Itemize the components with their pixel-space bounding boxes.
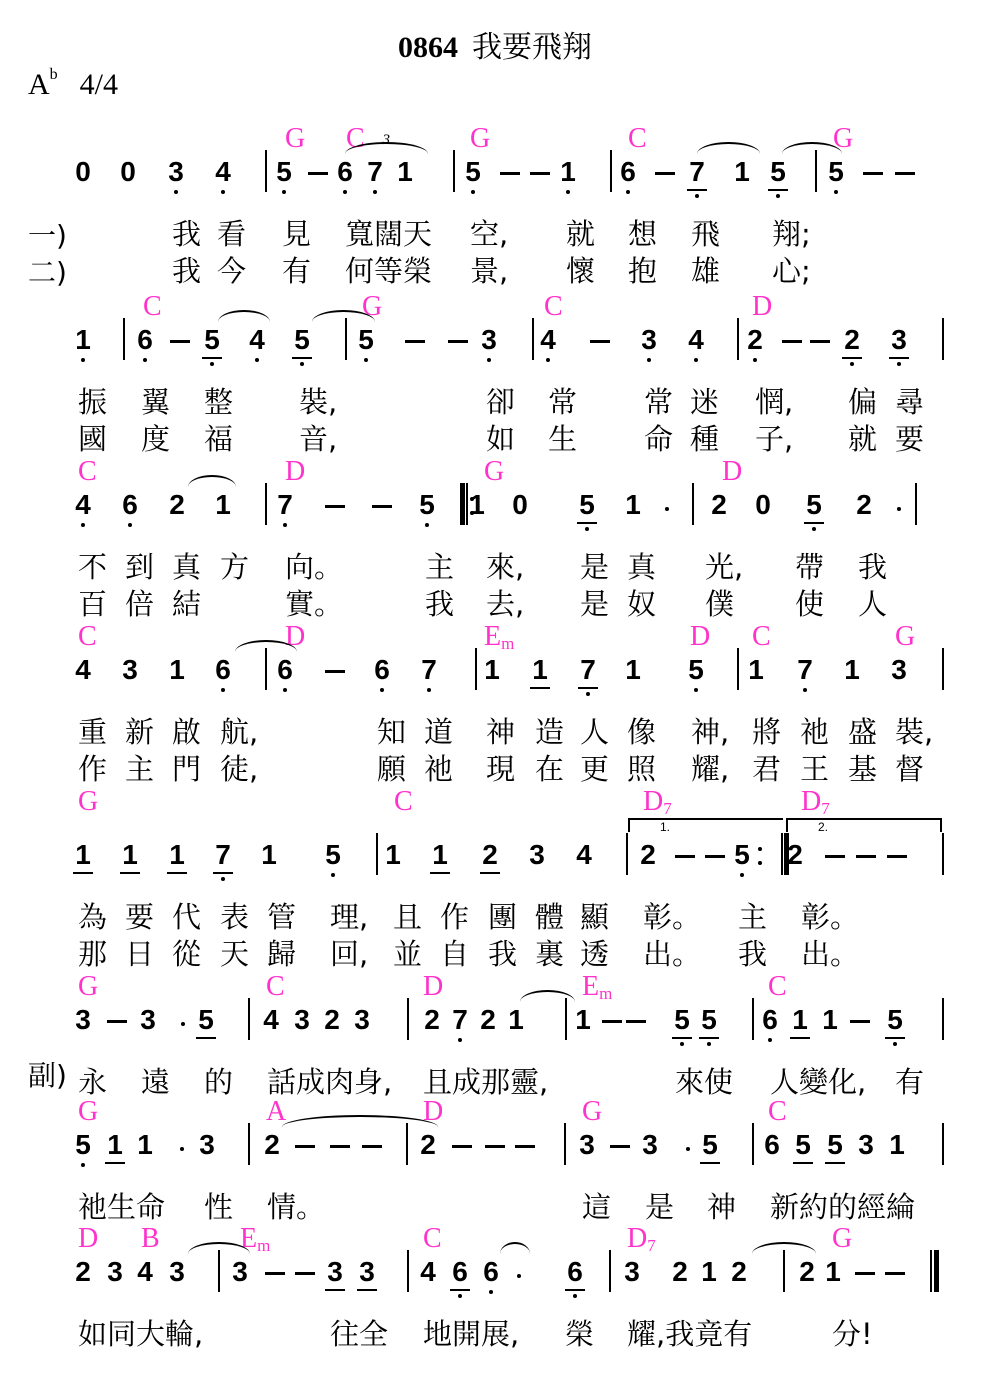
low-octave-dot [768,1038,772,1042]
jianpu-note: 3 [229,1258,251,1286]
jianpu-note: 1 [822,1258,844,1286]
lyric-word: 道 [424,718,453,747]
lyric-word: 振 [78,388,107,417]
chord-quality: m [257,1236,270,1255]
lyric-word: 倍 [125,590,154,619]
chord-symbol: D [752,293,772,321]
jianpu-note: 2 [744,326,766,354]
chord-symbol: C [143,293,162,321]
low-octave-dot [803,688,807,692]
lyric-word: 體 [535,903,564,932]
chord-symbol: G [484,458,504,486]
barline [815,150,817,192]
lyric-word: 知 [377,718,406,747]
jianpu-note: 2 [728,1258,750,1286]
key-accidental: b [50,66,58,83]
chord-symbol: G [78,1098,98,1126]
barline [737,648,739,690]
lyric-word: 度 [141,425,170,454]
lyric-word: 子, [755,425,793,454]
song-name: 我要飛翔 [472,31,592,64]
lyric-word: 整 [204,388,233,417]
low-octave-dot [427,688,431,692]
lyric-word: 結 [172,590,201,619]
hold-dash [810,340,830,343]
jianpu-note: 5 [462,158,484,186]
jianpu-note: 3 [119,656,141,684]
thick-barline [934,1250,939,1292]
barline [532,318,534,360]
lyric-word: 人 [858,590,887,619]
jianpu-note: 3 [356,1258,378,1286]
underline-eighth [167,872,187,874]
augmentation-dot [181,1022,185,1026]
jianpu-note: 1 [119,841,141,869]
chord-symbol: G [285,125,305,153]
low-octave-dot [834,190,838,194]
jianpu-note: 3 [638,326,660,354]
jianpu-note: 1 [166,656,188,684]
jianpu-note: 7 [794,656,816,684]
lyric-word: 真 [627,553,656,582]
jianpu-note: 1 [622,491,644,519]
hold-dash [515,1145,535,1148]
chord-symbol: D [285,458,305,486]
jianpu-note: 6 [761,1131,783,1159]
repeat-dot [758,861,762,865]
jianpu-note: 4 [260,1006,282,1034]
jianpu-note: 0 [117,158,139,186]
low-octave-dot [364,358,368,362]
barline [453,150,455,192]
jianpu-note: 5 [699,1131,721,1159]
low-octave-dot [586,692,590,696]
lyric-word: 徒, [220,755,258,784]
chord-symbol: C [78,623,97,651]
octave-dot [81,358,85,362]
jianpu-note: 5 [201,326,223,354]
lyric-word: 心; [772,257,811,286]
low-octave-dot [81,523,85,527]
lyric-word: 日 [125,940,154,969]
chord-symbol: Em [484,623,514,652]
lyric-word: 帶 [795,553,824,582]
chord-symbol: C [423,1225,442,1253]
barline [781,833,783,875]
jianpu-note: 5 [273,158,295,186]
lyric-word: 情。 [267,1193,325,1222]
low-octave-dot [282,190,286,194]
low-octave-dot [647,358,651,362]
chord-symbol: A [266,1098,286,1126]
lyric-word: 要 [125,903,154,932]
low-octave-dot [695,194,699,198]
chord-quality: 7 [663,799,672,818]
lyric-word: 榮 [565,1320,594,1349]
jianpu-note: 1 [429,841,451,869]
volta-label: 1. [660,820,670,834]
lyric-word: 翔; [772,220,811,249]
verse-label-1: 一) [28,222,67,250]
low-octave-dot [174,190,178,194]
underline-eighth [700,1162,720,1164]
chord-symbol: B [141,1225,160,1253]
underline-eighth [889,357,909,359]
chord-symbol: G [78,973,98,1001]
hold-dash [448,340,468,343]
lyric-word: 有 [895,1068,924,1097]
lyric-word: 門 [172,755,201,784]
jianpu-note: 3 [855,1131,877,1159]
lyric-word: 常 [548,388,577,417]
lyric-word: 神 [707,1193,736,1222]
low-octave-dot [380,688,384,692]
underline-eighth [699,1037,719,1039]
hold-dash [325,505,345,508]
chord-symbol: C [266,973,285,1001]
lyric-word: 航, [220,718,258,747]
underline-eighth [105,1162,125,1164]
low-octave-dot [458,1294,462,1298]
chord-symbol: G [78,788,98,816]
lyric-word: 基 [848,755,877,784]
low-octave-dot [680,1042,684,1046]
jianpu-note: 5 [825,158,847,186]
lyric-word: 命 [644,425,673,454]
lyric-word: 這 [582,1193,611,1222]
low-octave-dot [487,358,491,362]
hold-dash [602,1020,622,1023]
barline [265,150,267,192]
chord-quality: 7 [821,799,830,818]
chord-symbol: C [394,788,413,816]
chord-symbol: C [78,458,97,486]
jianpu-note: 1 [819,1006,841,1034]
jianpu-note: 4 [134,1258,156,1286]
underline-eighth [672,1037,692,1039]
lyric-word: 地開展, [423,1320,519,1349]
lyric-word: 團 [488,903,517,932]
lyric-word: 耀,我竟有 [627,1320,752,1349]
jianpu-note: 1 [529,656,551,684]
lyric-word: 惘, [755,388,793,417]
slur-tie [218,310,270,322]
lyric-word: 回, [330,940,368,969]
jianpu-note: 1 [622,656,644,684]
lyric-word: 種 [690,425,719,454]
jianpu-note: 6 [371,656,393,684]
jianpu-note: 5 [803,491,825,519]
lyric-word: 寬闊天 [345,220,432,249]
hold-dash [885,1272,905,1275]
hold-dash [895,172,915,175]
jianpu-note: 6 [480,1258,502,1286]
underline-eighth [430,872,450,874]
lyric-word: 像 [627,718,656,747]
jianpu-note: 4 [417,1258,439,1286]
lyric-word: 彰。 [801,903,859,932]
lyric-word: 福 [204,425,233,454]
low-octave-dot [707,1042,711,1046]
chord-symbol: D7 [627,1225,656,1254]
low-octave-dot [81,1163,85,1167]
chord-symbol: D7 [801,788,830,817]
triplet-number: 3 [383,132,391,149]
lyric-word: 翼 [141,388,170,417]
jianpu-note: 1 [698,1258,720,1286]
chord-symbol: C [544,293,563,321]
lyric-word: 啟 [172,718,201,747]
barline [265,483,267,525]
jianpu-note: 5 [291,326,313,354]
lyric-word: 向。 [285,553,343,582]
lyric-word: 偏 [848,388,877,417]
lyric-word: 今 [217,257,246,286]
low-octave-dot [753,358,757,362]
lyric-word: 將 [752,718,781,747]
hold-dash [782,340,802,343]
hold-dash [850,1020,870,1023]
lyric-word: 往全 [330,1320,388,1349]
low-octave-dot [740,873,744,877]
low-octave-dot [221,190,225,194]
lyric-word: 督 [895,755,924,784]
jianpu-note: 2 [261,1131,283,1159]
low-octave-dot [221,877,225,881]
low-octave-dot [776,194,780,198]
barline [737,318,739,360]
jianpu-note: 5 [731,841,753,869]
jianpu-note: 2 [477,1006,499,1034]
jianpu-note: 1 [731,158,753,186]
jianpu-note: 7 [449,1006,471,1034]
lyric-word: 懷 [566,257,595,286]
hold-dash [500,172,520,175]
hold-dash [170,340,190,343]
octave-dot [566,190,570,194]
jianpu-note: 4 [537,326,559,354]
lyric-word: 光, [705,553,743,582]
hold-dash [107,1020,127,1023]
hold-dash [856,855,876,858]
underline-eighth [202,357,222,359]
hold-dash [362,1145,382,1148]
jianpu-note: 3 [137,1006,159,1034]
slur-tie [752,1242,816,1254]
jianpu-note: 3 [478,326,500,354]
lyric-word: 遠 [141,1068,170,1097]
jianpu-note: 2 [796,1258,818,1286]
lyric-word: 我 [425,590,454,619]
jianpu-note: 2 [421,1006,443,1034]
jianpu-note: 1 [841,656,863,684]
barline [345,318,347,360]
barline [942,833,944,875]
jianpu-note: 3 [104,1258,126,1286]
jianpu-note: 0 [72,158,94,186]
hold-dash [610,1145,630,1148]
lyric-word: 主 [125,755,154,784]
barline [407,1250,409,1292]
underline-eighth [450,1289,470,1291]
underline-eighth [687,189,707,191]
lyric-word: 新 [125,718,154,747]
chord-symbol: D [78,1225,98,1253]
lyric-word: 祂 [800,718,829,747]
jianpu-note: 2 [72,1258,94,1286]
jianpu-note: 2 [479,841,501,869]
lyric-word: 景, [470,257,508,286]
jianpu-note: 5 [195,1006,217,1034]
barline [565,998,567,1040]
jianpu-note: 2 [784,841,806,869]
underline-eighth [885,1037,905,1039]
hold-dash [863,172,883,175]
hold-dash [452,1145,472,1148]
jianpu-note: 4 [72,656,94,684]
low-octave-dot [573,1294,577,1298]
underline-eighth [793,1162,813,1164]
chord-symbol: C [768,973,787,1001]
lyric-word: 來, [486,553,524,582]
jianpu-note: 1 [557,158,579,186]
lyric-word: 代 [172,903,201,932]
barline [248,1123,250,1165]
barline [610,150,612,192]
lyric-word: 祂 [424,755,453,784]
time-signature: 4/4 [80,68,118,101]
barline [475,648,477,690]
underline-eighth [120,872,140,874]
song-title: 0864我要飛翔 [0,22,990,66]
jianpu-note: 1 [166,841,188,869]
key-signature: Ab4/4 [28,68,118,102]
jianpu-note: 1 [382,841,404,869]
chord-symbol: D7 [643,788,672,817]
lyric-word: 飛 [691,220,720,249]
jianpu-note: 4 [685,326,707,354]
barline [942,318,944,360]
lyric-word: 管 [267,903,296,932]
hold-dash [330,1145,350,1148]
barline [692,483,694,525]
chord-symbol: G [582,1098,602,1126]
chord-symbol: C [628,125,647,153]
jianpu-note: 6 [334,158,356,186]
jianpu-note: 3 [351,1006,373,1034]
jianpu-note: 3 [576,1131,598,1159]
barline [265,648,267,690]
low-octave-dot [143,358,147,362]
lyric-word: 奴 [627,590,656,619]
hold-dash [308,172,328,175]
lyric-word: 那 [78,940,107,969]
lyric-word: 且成那靈, [423,1068,548,1097]
jianpu-note: 5 [416,491,438,519]
lyric-word: 百 [78,590,107,619]
jianpu-note: 0 [752,491,774,519]
jianpu-note: 7 [212,841,234,869]
lyric-word: 不 [78,553,107,582]
low-octave-dot [283,688,287,692]
song-number: 0864 [398,31,458,64]
lyric-word: 常 [644,388,673,417]
lyric-word: 天 [220,940,249,969]
underline-eighth [842,357,862,359]
low-octave-dot [283,523,287,527]
lyric-word: 方 [220,553,249,582]
barline [930,1250,932,1292]
lyric-word: 出。 [801,940,859,969]
hold-dash [887,855,907,858]
low-octave-dot [546,358,550,362]
lyric-word: 神, [691,718,729,747]
lyric-word: 人 [580,718,609,747]
lyric-word: 雄 [691,257,720,286]
lyric-word: 生 [548,425,577,454]
underline-eighth [577,522,597,524]
jianpu-note: 2 [417,1131,439,1159]
lyric-word: 彰。 [643,903,701,932]
underline-eighth [530,687,550,689]
barline [564,1123,566,1165]
jianpu-note: 6 [449,1258,471,1286]
lyric-word: 裏 [535,940,564,969]
barline [609,1250,611,1292]
lyric-word: 到 [125,553,154,582]
lyric-word: 君 [752,755,781,784]
lyric-word: 話成肉身, [267,1068,392,1097]
jianpu-note: 3 [72,1006,94,1034]
jianpu-note: 6 [274,656,296,684]
lyric-word: 空, [470,220,508,249]
jianpu-note: 1 [104,1131,126,1159]
chord-symbol: D [690,623,710,651]
jianpu-note: 2 [669,1258,691,1286]
hold-dash [295,1272,315,1275]
lyric-word: 見 [282,220,311,249]
lyric-word: 國 [78,425,107,454]
lyric-word: 照 [627,755,656,784]
barline [218,1250,220,1292]
jianpu-note: 1 [72,841,94,869]
lyric-word: 作 [78,755,107,784]
hold-dash [705,855,725,858]
barline [376,833,378,875]
underline-eighth [565,1289,585,1291]
verse-label-2: 二) [28,259,67,287]
lyric-word: 實。 [285,590,343,619]
lyric-word: 且 [393,903,422,932]
jianpu-note: 4 [573,841,595,869]
barline [942,1123,944,1165]
hold-dash [626,1020,646,1023]
barline [248,998,250,1040]
hold-dash [855,1272,875,1275]
lyric-word: 從 [172,940,201,969]
lyric-word: 我 [738,940,767,969]
volta-label: 2. [818,820,828,834]
jianpu-note: 6 [119,491,141,519]
lyric-word: 想 [628,220,657,249]
lyric-word: 我 [172,220,201,249]
lyric-word: 音, [299,425,337,454]
chord-symbol: Em [582,973,612,1002]
low-octave-dot [626,190,630,194]
lyric-word: 更 [580,755,609,784]
lyric-word: 主 [425,553,454,582]
lyric-word: 是 [580,590,609,619]
